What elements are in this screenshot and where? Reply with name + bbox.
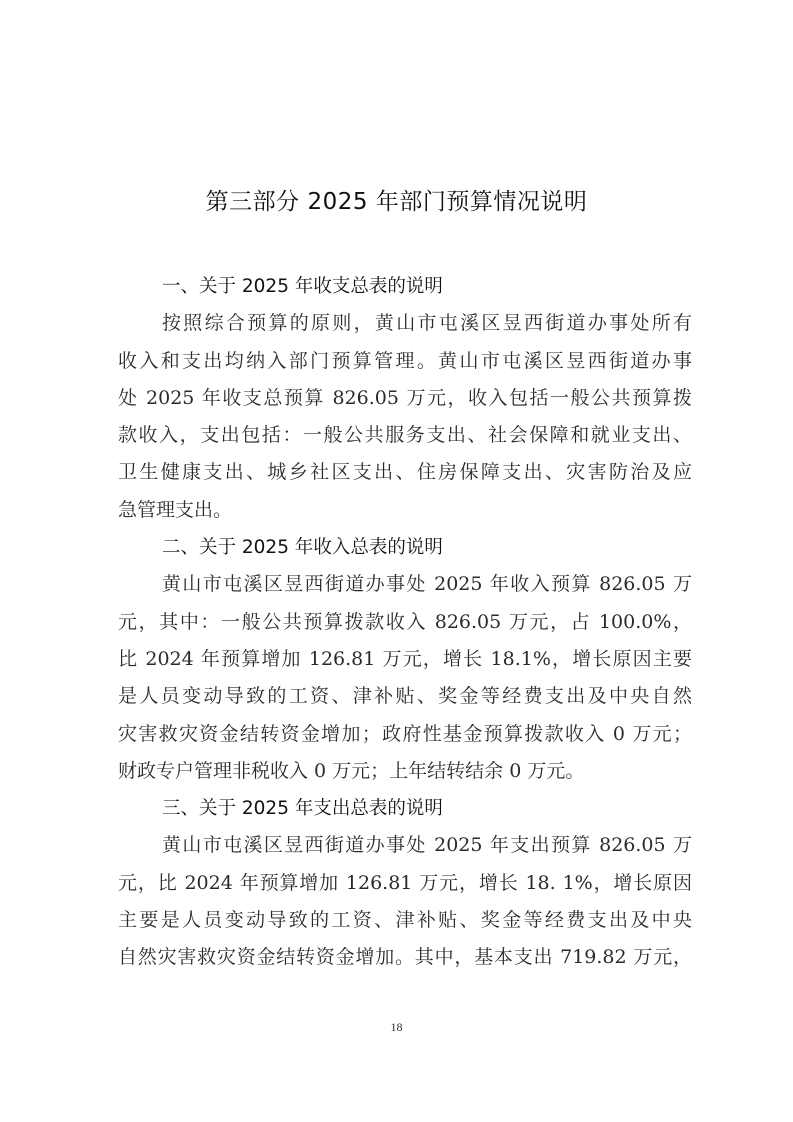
paragraph-line: 自然灾害救灾资金结转资金增加。其中，基本支出 719.82 万元， [118, 939, 692, 976]
paragraph-line: 主要是人员变动导致的工资、津补贴、奖金等经费支出及中央 [118, 902, 692, 939]
page-number: 18 [0, 1020, 793, 1035]
page-title: 第三部分 2025 年部门预算情况说明 [0, 186, 793, 218]
paragraph-line: 元，其中：一般公共预算拨款收入 826.05 万元，占 100.0%， [118, 604, 692, 641]
paragraph-line: 灾害救灾资金结转资金增加；政府性基金预算拨款收入 0 万元； [118, 716, 692, 753]
section-heading-income-summary: 二、关于 2025 年收入总表的说明 [118, 529, 692, 566]
paragraph-line: 元，比 2024 年预算增加 126.81 万元，增长 18. 1%，增长原因 [118, 865, 692, 902]
paragraph-line: 收入和支出均纳入部门预算管理。黄山市屯溪区昱西街道办事 [118, 343, 692, 380]
document-page: 第三部分 2025 年部门预算情况说明 一、关于 2025 年收支总表的说明 按… [0, 0, 793, 1122]
paragraph-line: 款收入，支出包括：一般公共服务支出、社会保障和就业支出、 [118, 417, 692, 454]
paragraph-line: 比 2024 年预算增加 126.81 万元，增长 18.1%，增长原因主要 [118, 641, 692, 678]
paragraph-line: 黄山市屯溪区昱西街道办事处 2025 年收入预算 826.05 万 [118, 566, 692, 603]
document-body: 一、关于 2025 年收支总表的说明 按照综合预算的原则，黄山市屯溪区昱西街道办… [118, 268, 692, 977]
section-heading-expenditure-summary: 三、关于 2025 年支出总表的说明 [118, 790, 692, 827]
paragraph-line: 黄山市屯溪区昱西街道办事处 2025 年支出预算 826.05 万 [118, 827, 692, 864]
paragraph-line: 急管理支出。 [118, 492, 692, 529]
paragraph-line: 财政专户管理非税收入 0 万元；上年结转结余 0 万元。 [118, 753, 692, 790]
paragraph-line: 按照综合预算的原则，黄山市屯溪区昱西街道办事处所有 [118, 305, 692, 342]
paragraph-line: 处 2025 年收支总预算 826.05 万元，收入包括一般公共预算拨 [118, 380, 692, 417]
section-heading-income-expenditure-summary: 一、关于 2025 年收支总表的说明 [118, 268, 692, 305]
paragraph-line: 卫生健康支出、城乡社区支出、住房保障支出、灾害防治及应 [118, 454, 692, 491]
paragraph-line: 是人员变动导致的工资、津补贴、奖金等经费支出及中央自然 [118, 678, 692, 715]
